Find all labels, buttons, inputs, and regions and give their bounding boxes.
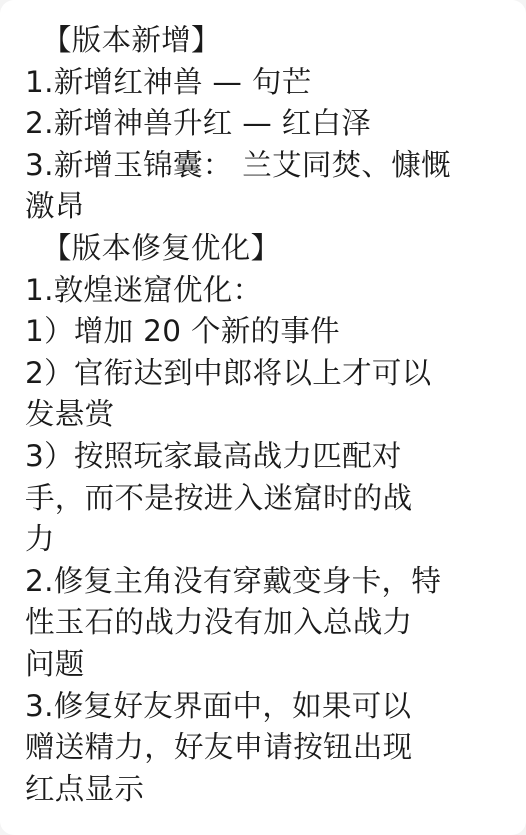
sub-list-item: 2）官衔达到中郎将以上才可以: [25, 353, 518, 395]
list-item-continuation: 手，而不是按进入迷窟时的战: [25, 478, 518, 520]
list-item: 3.新增玉锦囊： 兰艾同焚、慷慨: [25, 145, 518, 187]
list-item-continuation: 赠送精力，好友申请按钮出现: [25, 727, 518, 769]
list-item-continuation: 性玉石的战力没有加入总战力: [25, 602, 518, 644]
list-item: 1.敦煌迷窟优化：: [25, 270, 518, 312]
list-item: 2.修复主角没有穿戴变身卡，特: [25, 561, 518, 603]
list-item-continuation: 发悬赏: [25, 394, 518, 436]
list-item-continuation: 力: [25, 519, 518, 561]
message-bubble[interactable]: 【版本新增】 1.新增红神兽 — 句芒 2.新增神兽升红 — 红白泽 3.新增玉…: [0, 0, 526, 835]
list-item: 1.新增红神兽 — 句芒: [25, 62, 518, 104]
list-item-continuation: 激昂: [25, 186, 518, 228]
list-item-continuation: 红点显示: [25, 769, 518, 811]
list-item: 3.修复好友界面中，如果可以: [25, 686, 518, 728]
section-header-new-features: 【版本新增】: [25, 20, 518, 62]
section-header-fixes: 【版本修复优化】: [25, 228, 518, 270]
sub-list-item: 1）增加 20 个新的事件: [25, 311, 518, 353]
list-item: 2.新增神兽升红 — 红白泽: [25, 103, 518, 145]
list-item-continuation: 问题: [25, 644, 518, 686]
sub-list-item: 3）按照玩家最高战力匹配对: [25, 436, 518, 478]
